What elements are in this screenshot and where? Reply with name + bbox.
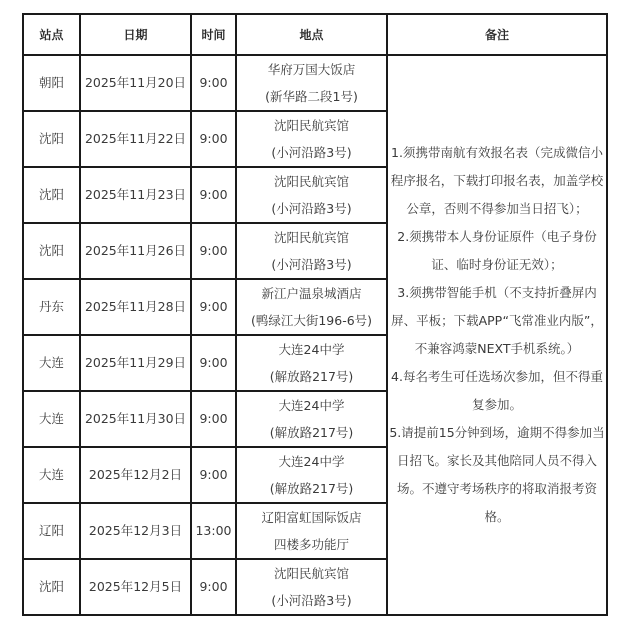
time-cell: 9:00 [191,223,236,279]
time-cell: 9:00 [191,55,236,111]
time-cell: 9:00 [191,167,236,223]
date-cell: 2025年11月23日 [80,167,191,223]
station-cell: 丹东 [23,279,80,335]
remark-item: 3.须携带智能手机（不支持折叠屏内屏、平板；下载APP“飞常准业内版”，不兼容鸿… [388,279,606,363]
header-remarks: 备注 [387,14,607,55]
location-cell: 华府万国大饭店 (新华路二段1号) [236,55,387,111]
header-station: 站点 [23,14,80,55]
date-cell: 2025年11月20日 [80,55,191,111]
remark-item: 2.须携带本人身份证原件（电子身份证、临时身份证无效）； [388,223,606,279]
time-cell: 9:00 [191,391,236,447]
location-name: 沈阳民航宾馆 [237,112,386,139]
station-cell: 辽阳 [23,503,80,559]
location-address: (小河沿路3号) [237,195,386,222]
station-cell: 沈阳 [23,223,80,279]
time-cell: 9:00 [191,559,236,615]
location-cell: 沈阳民航宾馆 (小河沿路3号) [236,559,387,615]
location-name: 大连24中学 [237,336,386,363]
remark-item: 1.须携带南航有效报名表（完成微信小程序报名，下载打印报名表，加盖学校公章，否则… [388,139,606,223]
location-cell: 大连24中学 (解放路217号) [236,447,387,503]
header-time: 时间 [191,14,236,55]
station-cell: 大连 [23,447,80,503]
location-cell: 沈阳民航宾馆 (小河沿路3号) [236,167,387,223]
location-name: 华府万国大饭店 [237,56,386,83]
header-row: 站点 日期 时间 地点 备注 [23,14,607,55]
location-address: (小河沿路3号) [237,251,386,278]
location-address: (鸭绿江大街196-6号) [237,307,386,334]
location-name: 沈阳民航宾馆 [237,224,386,251]
location-address: (新华路二段1号) [237,83,386,110]
recruitment-schedule-table: 站点 日期 时间 地点 备注 朝阳 2025年11月20日 9:00 华府万国大… [22,13,608,616]
location-name: 大连24中学 [237,448,386,475]
date-cell: 2025年12月2日 [80,447,191,503]
date-cell: 2025年11月22日 [80,111,191,167]
location-cell: 辽阳富虹国际饭店 四楼多功能厅 [236,503,387,559]
location-address: (解放路217号) [237,475,386,502]
time-cell: 9:00 [191,279,236,335]
location-name: 沈阳民航宾馆 [237,560,386,587]
station-cell: 大连 [23,335,80,391]
time-cell: 9:00 [191,111,236,167]
table-row: 朝阳 2025年11月20日 9:00 华府万国大饭店 (新华路二段1号) 1.… [23,55,607,111]
location-name: 辽阳富虹国际饭店 [237,504,386,531]
location-address: (小河沿路3号) [237,587,386,614]
time-cell: 9:00 [191,335,236,391]
time-cell: 13:00 [191,503,236,559]
date-cell: 2025年12月5日 [80,559,191,615]
location-name: 新江户温泉城酒店 [237,280,386,307]
remark-item: 4.每名考生可任选场次参加，但不得重复参加。 [388,363,606,419]
location-address: (解放路217号) [237,419,386,446]
station-cell: 朝阳 [23,55,80,111]
station-cell: 沈阳 [23,111,80,167]
location-cell: 沈阳民航宾馆 (小河沿路3号) [236,223,387,279]
header-date: 日期 [80,14,191,55]
location-address: 四楼多功能厅 [237,531,386,558]
date-cell: 2025年11月26日 [80,223,191,279]
station-cell: 沈阳 [23,559,80,615]
location-cell: 沈阳民航宾馆 (小河沿路3号) [236,111,387,167]
station-cell: 沈阳 [23,167,80,223]
date-cell: 2025年11月29日 [80,335,191,391]
location-name: 大连24中学 [237,392,386,419]
location-address: (解放路217号) [237,363,386,390]
location-name: 沈阳民航宾馆 [237,168,386,195]
remarks-cell: 1.须携带南航有效报名表（完成微信小程序报名，下载打印报名表，加盖学校公章，否则… [387,55,607,615]
date-cell: 2025年12月3日 [80,503,191,559]
header-location: 地点 [236,14,387,55]
location-cell: 新江户温泉城酒店 (鸭绿江大街196-6号) [236,279,387,335]
station-cell: 大连 [23,391,80,447]
date-cell: 2025年11月30日 [80,391,191,447]
location-cell: 大连24中学 (解放路217号) [236,391,387,447]
time-cell: 9:00 [191,447,236,503]
location-address: (小河沿路3号) [237,139,386,166]
location-cell: 大连24中学 (解放路217号) [236,335,387,391]
remark-item: 5.请提前15分钟到场，逾期不得参加当日招飞。家长及其他陪同人员不得入场。不遵守… [388,419,606,531]
date-cell: 2025年11月28日 [80,279,191,335]
